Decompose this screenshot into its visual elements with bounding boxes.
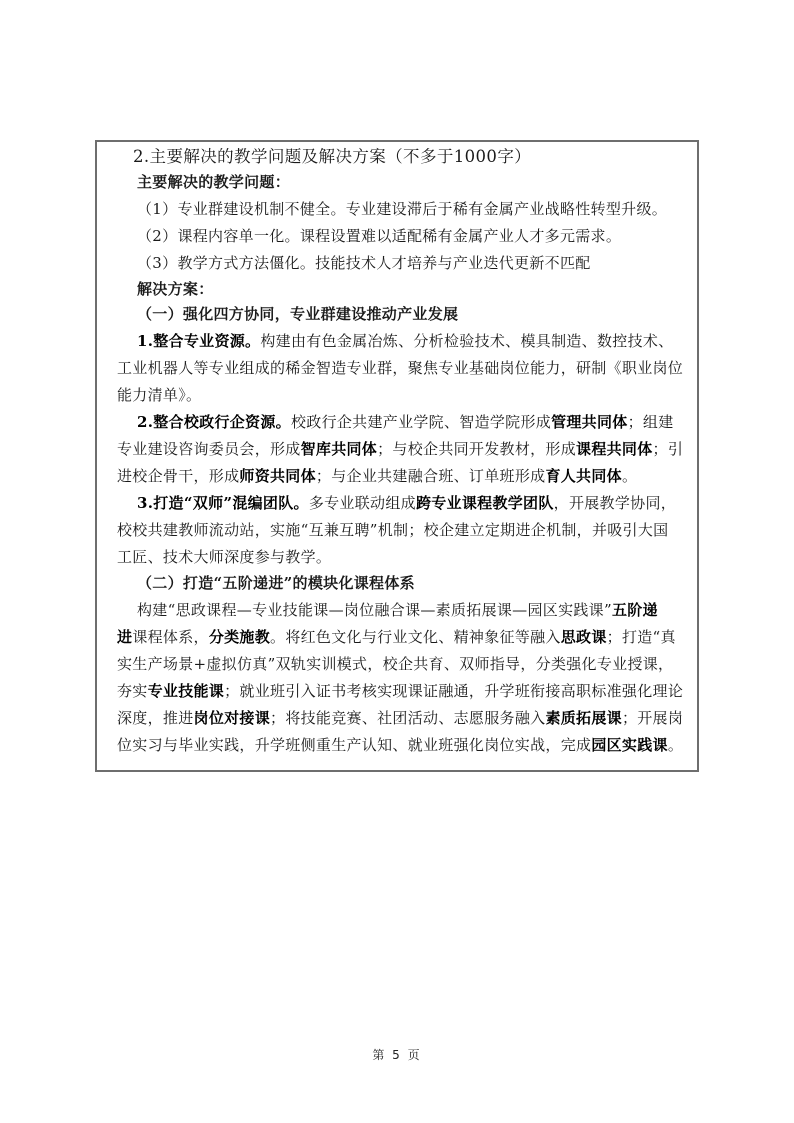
part2-line2: 进课程体系，分类施教。将红色文化与行业文化、精神象征等融入思政课；打造“真 bbox=[117, 627, 676, 647]
item2-line2: 专业建设咨询委员会，形成智库共同体；与校企共同开发教材，形成课程共同体；引 bbox=[117, 439, 683, 459]
part1-heading: （一）强化四方协同，专业群建设推动产业发展 bbox=[137, 304, 458, 324]
part2-heading: （二）打造“五阶递进”的模块化课程体系 bbox=[137, 573, 415, 593]
item2-line1: 2.整合校政行企资源。校政行企共建产业学院、智造学院形成管理共同体；组建 bbox=[137, 412, 674, 432]
item1-line3: 能力清单》。 bbox=[117, 385, 201, 405]
item2-lead: 2.整合校政行企资源。 bbox=[137, 413, 291, 431]
content-box: 2.主要解决的教学问题及解决方案（不多于1000字） 主要解决的教学问题： （1… bbox=[95, 140, 699, 772]
part2-line3: 实生产场景+虚拟仿真”双轨实训模式，校企共育、双师指导，分类强化专业授课， bbox=[117, 654, 673, 674]
part2-line1: 构建“思政课程—专业技能课—岗位融合课—素质拓展课—园区实践课”五阶递 bbox=[137, 600, 658, 620]
problems-heading: 主要解决的教学问题： bbox=[137, 172, 290, 192]
item3-line1: 3.打造“双师”混编团队。多专业联动组成跨专业课程教学团队，开展教学协同， bbox=[137, 493, 676, 513]
part2-line5: 深度，推进岗位对接课；将技能竞赛、社团活动、志愿服务融入素质拓展课；开展岗 bbox=[117, 708, 683, 728]
problem-3: （3）教学方式方法僵化。技能技术人才培养与产业迭代更新不匹配 bbox=[137, 253, 591, 273]
problem-1: （1）专业群建设机制不健全。专业建设滞后于稀有金属产业战略性转型升级。 bbox=[137, 199, 667, 219]
item3-line2: 校校共建教师流动站，实施“互兼互聘”机制；校企建立定期进企机制，并吸引大国 bbox=[117, 520, 668, 540]
solutions-heading: 解决方案： bbox=[137, 279, 214, 299]
problem-2: （2）课程内容单一化。课程设置难以适配稀有金属产业人才多元需求。 bbox=[137, 226, 621, 246]
item2-line3: 进校企骨干，形成师资共同体；与企业共建融合班、订单班形成育人共同体。 bbox=[117, 466, 637, 486]
item3-lead: 3.打造“双师”混编团队。 bbox=[137, 494, 309, 512]
item1-line1: 1.整合专业资源。构建由有色金属冶炼、分析检验技术、模具制造、数控技术、 bbox=[137, 331, 673, 351]
item1-lead: 1.整合专业资源。 bbox=[137, 332, 260, 350]
section-title: 2.主要解决的教学问题及解决方案（不多于1000字） bbox=[133, 147, 531, 167]
part2-line6: 位实习与毕业实践，升学班侧重生产认知、就业班强化岗位实战，完成园区实践课。 bbox=[117, 735, 683, 755]
item3-line3: 工匠、技术大师深度参与教学。 bbox=[117, 547, 331, 567]
page-number: 第 5 页 bbox=[0, 1046, 794, 1063]
part2-line4: 夯实专业技能课；就业班引入证书考核实现课证融通，升学班衔接高职标准强化理论 bbox=[117, 681, 683, 701]
item1-line2: 工业机器人等专业组成的稀金智造专业群，聚焦专业基础岗位能力，研制《职业岗位 bbox=[117, 358, 683, 378]
